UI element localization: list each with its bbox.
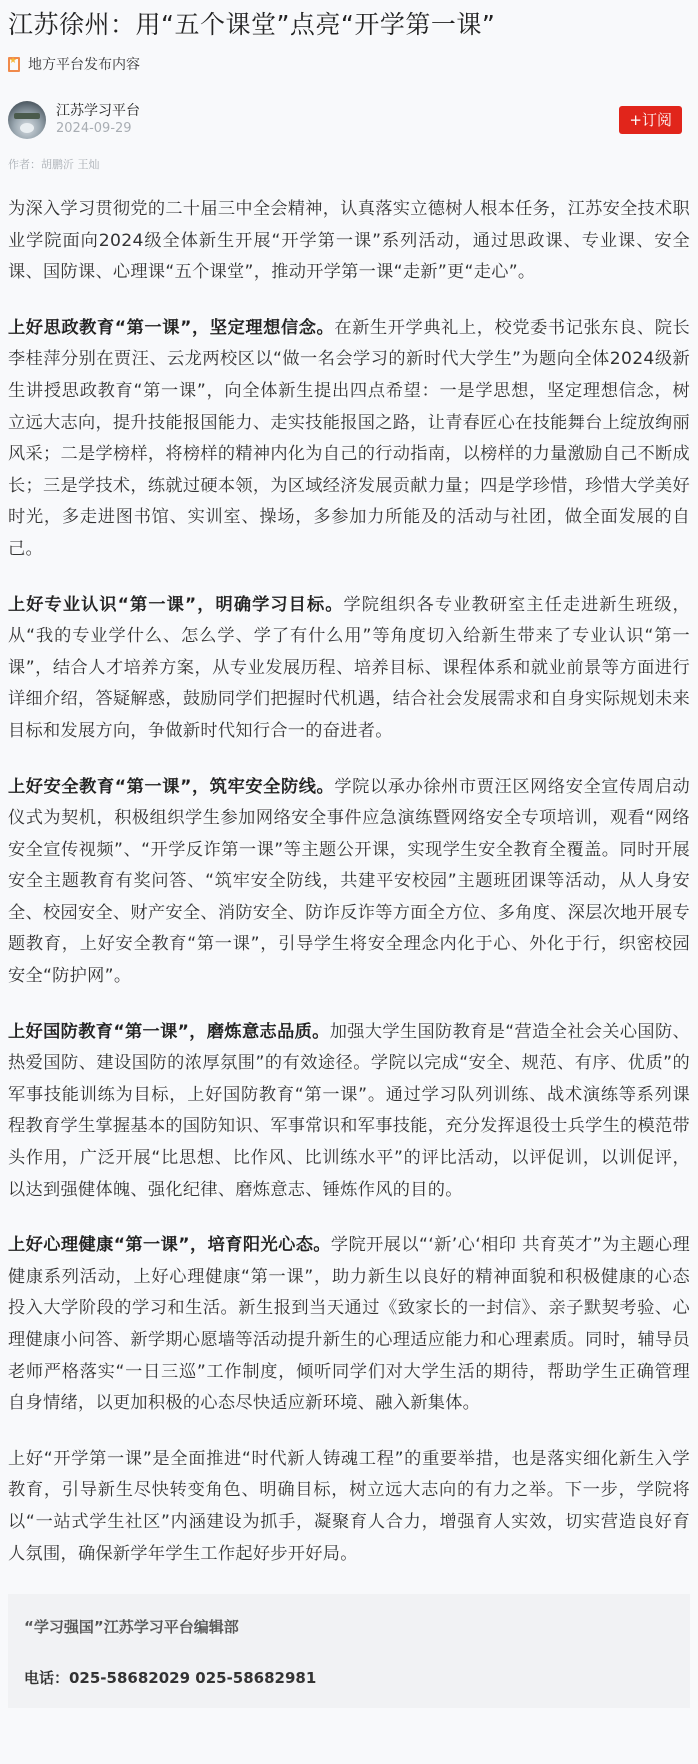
article-paragraph: 上好国防教育“第一课”，磨炼意志品质。加强大学生国防教育是“营造全社会关心国防、… bbox=[8, 1017, 690, 1207]
editorial-title: “学习强国”江苏学习平台编辑部 bbox=[24, 1616, 674, 1637]
paragraph-text: 在新生开学典礼上，校党委书记张东良、院长李桂萍分别在贾汪、云龙两校区以“做一名会… bbox=[8, 318, 690, 559]
paragraph-lead: 上好心理健康“第一课”，培育阳光心态。 bbox=[8, 1235, 331, 1255]
article-paragraph: 上好安全教育“第一课”，筑牢安全防线。学院以承办徐州市贾汪区网络安全宣传周启动仪… bbox=[8, 772, 690, 993]
source-tag: 地方平台发布内容 bbox=[8, 54, 690, 74]
paragraph-text: 加强大学生国防教育是“营造全社会关心国防、热爱国防、建设国防的浓厚氛围”的有效途… bbox=[8, 1022, 690, 1200]
article-body: 为深入学习贯彻党的二十届三中全会精神，认真落实立德树人根本任务，江苏安全技术职业… bbox=[8, 194, 690, 1570]
paragraph-text: 学院组织各专业教研室主任走进新生班级，从“我的专业学什么、怎么学、学了有什么用”… bbox=[8, 595, 690, 741]
publisher-info: 江苏学习平台 2024-09-29 bbox=[56, 102, 140, 138]
source-tag-label: 地方平台发布内容 bbox=[28, 54, 140, 74]
publisher-avatar[interactable] bbox=[8, 101, 46, 139]
article-paragraph: 上好“开学第一课”是全面推进“时代新人铸魂工程”的重要举措，也是落实细化新生入学… bbox=[8, 1444, 690, 1570]
paragraph-text: 上好“开学第一课”是全面推进“时代新人铸魂工程”的重要举措，也是落实细化新生入学… bbox=[8, 1449, 690, 1564]
publisher-name[interactable]: 江苏学习平台 bbox=[56, 102, 140, 120]
article-paragraph: 为深入学习贯彻党的二十届三中全会精神，认真落实立德树人根本任务，江苏安全技术职业… bbox=[8, 194, 690, 289]
paragraph-lead: 上好思政教育“第一课”，坚定理想信念。 bbox=[8, 318, 334, 338]
editorial-footer: “学习强国”江苏学习平台编辑部 电话：025-58682029 025-5868… bbox=[8, 1594, 690, 1708]
paragraph-lead: 上好安全教育“第一课”，筑牢安全防线。 bbox=[8, 777, 334, 797]
paragraph-text: 学院以承办徐州市贾汪区网络安全宣传周启动仪式为契机，积极组织学生参加网络安全事件… bbox=[8, 777, 690, 987]
article-paragraph: 上好心理健康“第一课”，培育阳光心态。学院开展以“‘新’心‘相印 共育英才”为主… bbox=[8, 1230, 690, 1420]
publisher-row: 江苏学习平台 2024-09-29 +订阅 bbox=[8, 100, 690, 140]
article-page: 江苏徐州：用“五个课堂”点亮“开学第一课” 地方平台发布内容 江苏学习平台 20… bbox=[0, 0, 698, 1708]
paragraph-lead: 上好国防教育“第一课”，磨炼意志品质。 bbox=[8, 1022, 330, 1042]
paragraph-text: 学院开展以“‘新’心‘相印 共育英才”为主题心理健康系列活动，上好心理健康“第一… bbox=[8, 1235, 690, 1413]
article-paragraph: 上好专业认识“第一课”，明确学习目标。学院组织各专业教研室主任走进新生班级，从“… bbox=[8, 590, 690, 748]
paragraph-text: 为深入学习贯彻党的二十届三中全会精神，认真落实立德树人根本任务，江苏安全技术职业… bbox=[8, 199, 690, 282]
bookmark-star-icon bbox=[8, 57, 20, 72]
publish-date: 2024-09-29 bbox=[56, 120, 140, 138]
editorial-contact: 电话：025-58682029 025-58682981 bbox=[24, 1667, 674, 1688]
subscribe-button[interactable]: +订阅 bbox=[619, 106, 682, 134]
paragraph-lead: 上好专业认识“第一课”，明确学习目标。 bbox=[8, 595, 344, 615]
author-byline: 作者：胡鹏沂 王灿 bbox=[8, 156, 690, 172]
article-paragraph: 上好思政教育“第一课”，坚定理想信念。在新生开学典礼上，校党委书记张东良、院长李… bbox=[8, 313, 690, 566]
article-title: 江苏徐州：用“五个课堂”点亮“开学第一课” bbox=[8, 0, 690, 42]
